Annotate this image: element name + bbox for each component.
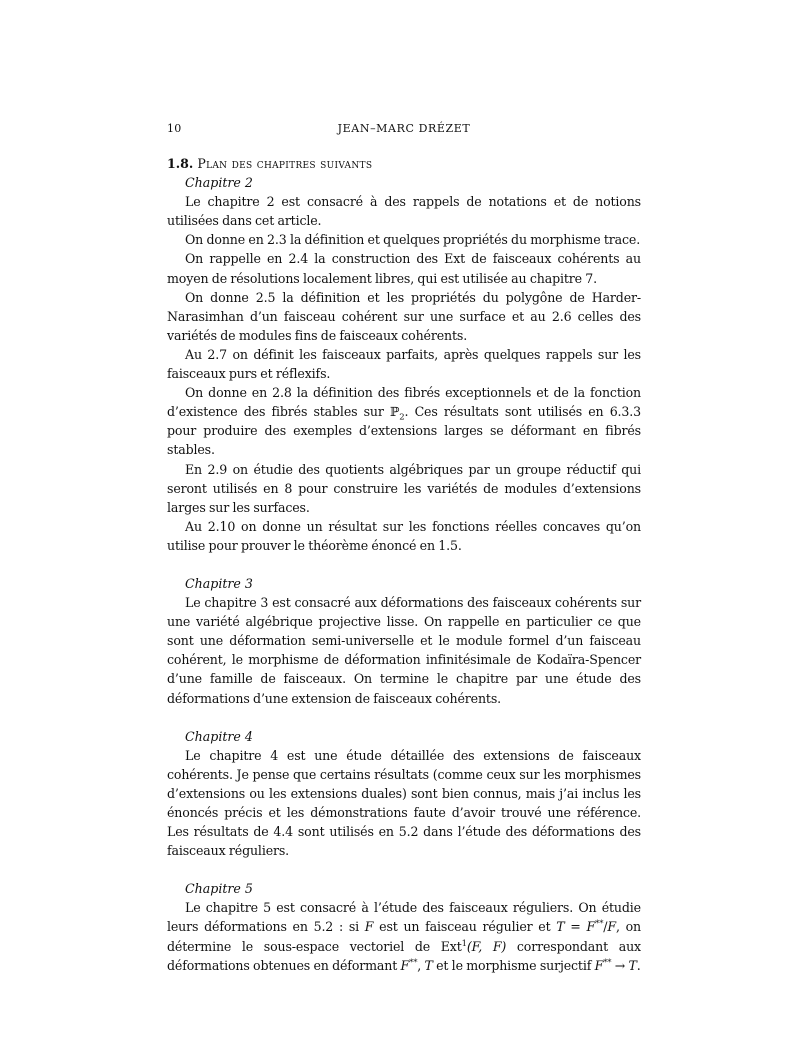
- paragraph: On donne en 2.3 la définition et quelque…: [167, 230, 641, 249]
- paragraph: Au 2.7 on définit les faisceaux parfaits…: [167, 345, 641, 383]
- math-symbol: ℙ: [390, 404, 399, 419]
- math-T: T: [629, 958, 637, 973]
- paragraph: On donne 2.5 la définition et les propri…: [167, 288, 641, 345]
- math-F: F: [595, 958, 604, 973]
- section-number: 1.8.: [167, 156, 193, 171]
- running-header: 10 JEAN–MARC DRÉZET: [167, 122, 641, 138]
- paragraph: En 2.9 on étudie des quotients algébriqu…: [167, 460, 641, 517]
- paragraph: Le chapitre 2 est consacré à des rappels…: [167, 192, 641, 230]
- paragraph: On rappelle en 2.4 la construction des E…: [167, 249, 641, 287]
- chapter-heading-4: Chapitre 4: [167, 727, 641, 746]
- chapter-heading-2: Chapitre 2: [167, 173, 641, 192]
- math-F: F: [607, 919, 616, 934]
- math-equals: =: [565, 919, 587, 934]
- paragraph: Le chapitre 4 est une étude détaillée de…: [167, 746, 641, 861]
- math-F: F: [587, 919, 596, 934]
- section-title: Plan des chapitres suivants: [197, 156, 372, 171]
- paragraph: Le chapitre 3 est consacré aux déformati…: [167, 593, 641, 708]
- paragraph: Au 2.10 on donne un résultat sur les fon…: [167, 517, 641, 555]
- math-F: F: [401, 958, 410, 973]
- spacer: [167, 860, 641, 879]
- math-P2: ℙ2: [390, 404, 405, 419]
- body-text: 1.8. Plan des chapitres suivants Chapitr…: [167, 154, 641, 975]
- math-T: T: [556, 919, 564, 934]
- math-arrow: →: [611, 958, 628, 973]
- spacer: [167, 708, 641, 727]
- chapter-heading-5: Chapitre 5: [167, 879, 641, 898]
- paragraph: On donne en 2.8 la définition des fibrés…: [167, 383, 641, 459]
- author-name: JEAN–MARC DRÉZET: [167, 122, 641, 135]
- text-span: ,: [417, 958, 424, 973]
- text-span: et le morphisme surjectif: [433, 958, 595, 973]
- paragraph: Le chapitre 5 est consacré à l’étude des…: [167, 898, 641, 974]
- math-args: (F, F): [467, 939, 506, 954]
- text-span: est un faisceau régulier et: [373, 919, 556, 934]
- spacer: [167, 555, 641, 574]
- chapter-heading-3: Chapitre 3: [167, 574, 641, 593]
- math-T: T: [425, 958, 433, 973]
- text-span: .: [637, 958, 641, 973]
- section-heading: 1.8. Plan des chapitres suivants: [167, 154, 641, 173]
